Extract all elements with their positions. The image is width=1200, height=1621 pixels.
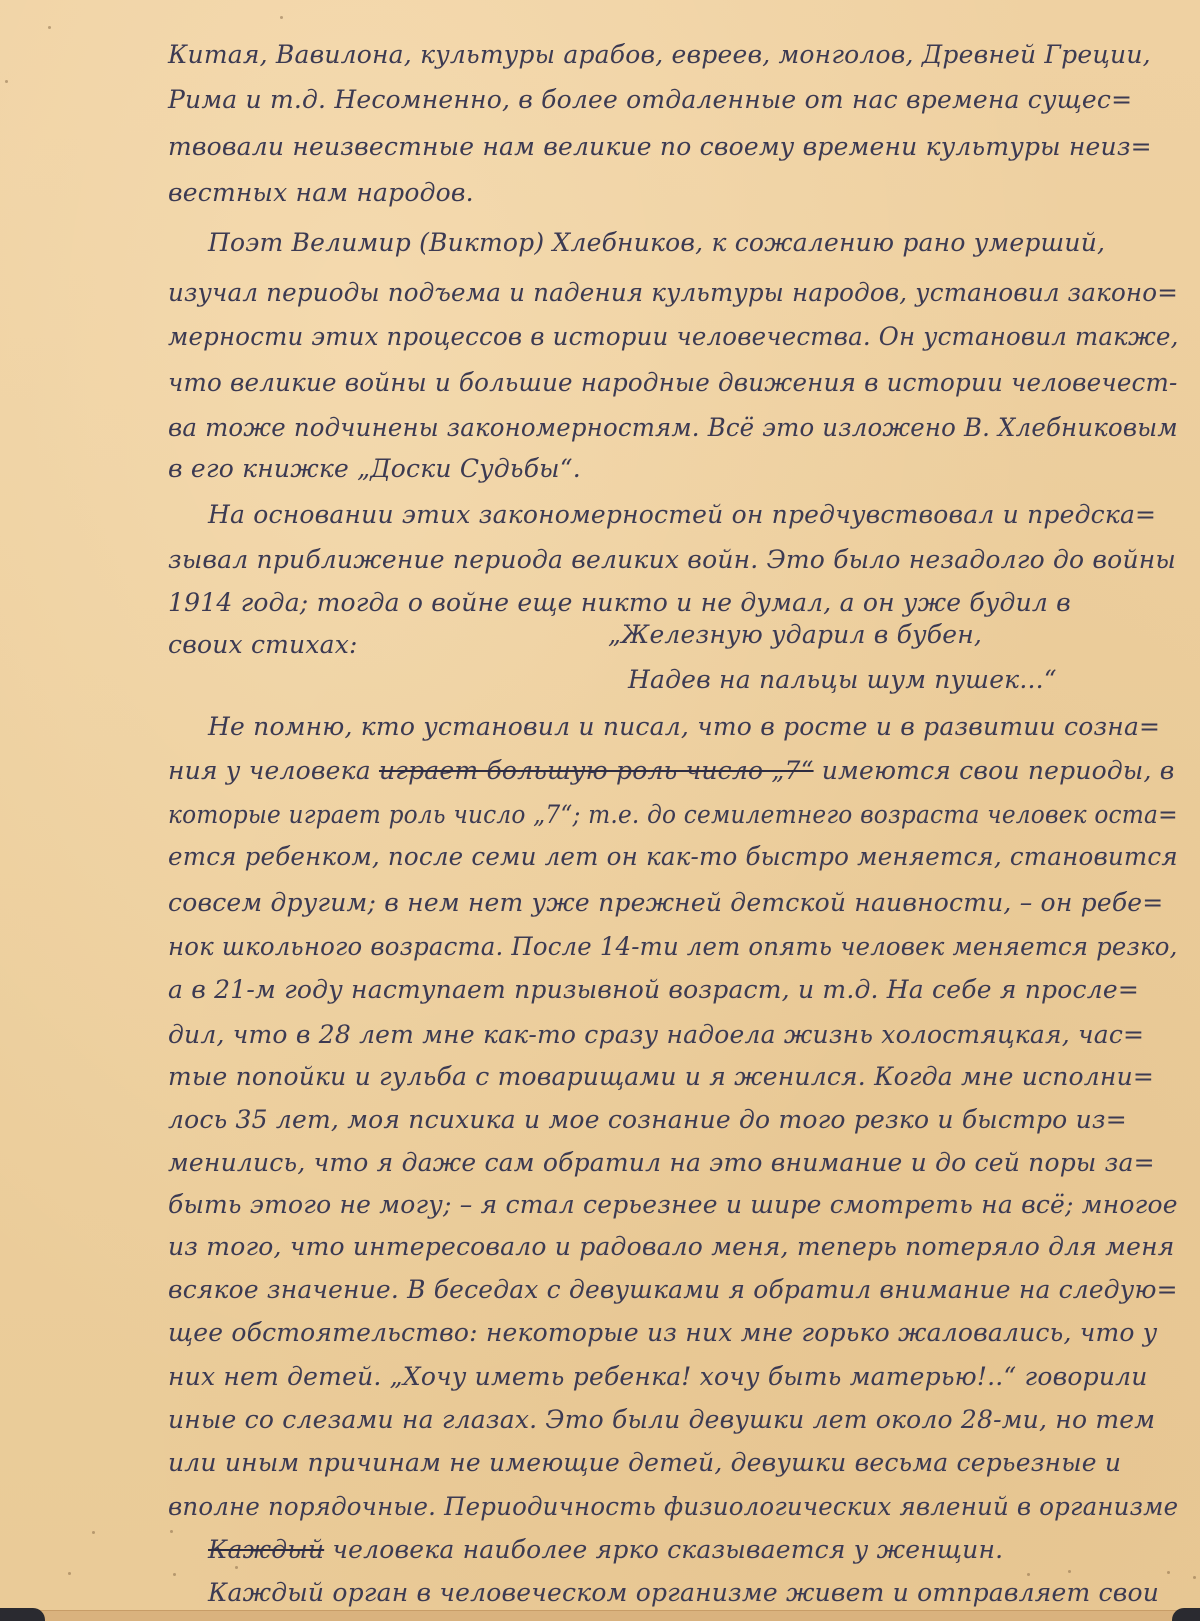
text-line: Рима и т.д. Несомненно, в более отдаленн… [168, 85, 1132, 114]
text-line: в его книжке „Доски Судьбы“. [168, 454, 581, 483]
line-prefix: ния у человека [168, 756, 379, 785]
paper-speck [5, 80, 8, 83]
paper-speck [1027, 1573, 1030, 1576]
text-line: Китая, Вавилона, культуры арабов, евреев… [168, 40, 1151, 69]
page-bottom-edge [0, 1610, 1200, 1621]
text-line: а в 21-м году наступает призывной возрас… [168, 975, 1139, 1004]
paper-speck [1167, 1571, 1170, 1574]
paragraph-start-line: Поэт Велимир (Виктор) Хлебников, к сожал… [208, 228, 1105, 257]
text-line: лось 35 лет, моя психика и мое сознание … [168, 1105, 1127, 1134]
paper-speck [280, 16, 283, 19]
verse-line: Надев на пальцы шум пушек...“ [628, 665, 1057, 694]
paper-speck [48, 26, 51, 29]
paper-speck [170, 1530, 173, 1533]
text-line: которые играет роль число „7“; т.е. до с… [168, 800, 1178, 829]
text-line: ется ребенком, после семи лет он как-то … [168, 842, 1178, 871]
text-line: вполне порядочные. Периодичность физиоло… [168, 1492, 1178, 1521]
text-line: быть этого не могу; – я стал серьезнее и… [168, 1190, 1178, 1219]
paragraph-start-line: Каждый орган в человеческом организме жи… [208, 1578, 1159, 1607]
struck-text: играет большую роль число „7“ [379, 756, 814, 785]
text-line: изучал периоды подъема и падения культур… [168, 278, 1178, 307]
text-line: зывал приближение периода великих войн. … [168, 545, 1176, 574]
scan-corner-shadow [1172, 1608, 1200, 1621]
text-line: вестных нам народов. [168, 178, 474, 207]
text-line-with-strikethrough: ния у человека играет большую роль число… [168, 756, 1175, 785]
text-line: щее обстоятельство: некоторые из них мне… [168, 1318, 1158, 1347]
text-line: ва тоже подчинены закономерностям. Всё э… [168, 413, 1178, 442]
paragraph-start-line: Не помню, кто установил и писал, что в р… [208, 712, 1160, 741]
text-line: 1914 года; тогда о войне еще никто и не … [168, 588, 1071, 617]
text-line: из того, что интересовало и радовало мен… [168, 1232, 1175, 1261]
paper-speck [92, 1531, 95, 1534]
paragraph-start-line: На основании этих закономерностей он пре… [208, 500, 1156, 529]
paper-speck [68, 1572, 71, 1575]
text-line: или иным причинам не имеющие детей, деву… [168, 1448, 1121, 1477]
text-line: менились, что я даже сам обратил на это … [168, 1148, 1155, 1177]
line-suffix: имеются свои периоды, в [814, 756, 1175, 785]
text-line: иные со слезами на глазах. Это были деву… [168, 1405, 1155, 1434]
text-line: совсем другим; в нем нет уже прежней дет… [168, 888, 1163, 917]
text-line: мерности этих процессов в истории челове… [168, 322, 1179, 351]
text-line: своих стихах: [168, 630, 358, 659]
paper-speck [1193, 1576, 1196, 1579]
manuscript-page: Китая, Вавилона, культуры арабов, евреев… [0, 0, 1200, 1610]
line-suffix: человека наиболее ярко сказывается у жен… [324, 1535, 1003, 1564]
scan-corner-shadow [0, 1608, 45, 1621]
text-line: тые попойки и гульба с товарищами и я же… [168, 1062, 1154, 1091]
paper-speck [235, 1566, 238, 1569]
text-line: них нет детей. „Хочу иметь ребенка! хочу… [168, 1362, 1148, 1391]
text-line-with-strikethrough: Каждый человека наиболее ярко сказываетс… [208, 1535, 1003, 1564]
text-line: нок школьного возраста. После 14-ти лет … [168, 932, 1178, 961]
paper-speck [173, 1573, 176, 1576]
text-line: всякое значение. В беседах с девушками я… [168, 1275, 1178, 1304]
text-line: твовали неизвестные нам великие по своем… [168, 132, 1152, 161]
struck-text: Каждый [208, 1535, 324, 1564]
verse-line: „Железную ударил в бубен, [608, 620, 982, 649]
text-line: что великие войны и большие народные дви… [168, 368, 1178, 397]
paper-speck [1068, 1570, 1071, 1573]
text-line: дил, что в 28 лет мне как-то сразу надое… [168, 1020, 1144, 1049]
